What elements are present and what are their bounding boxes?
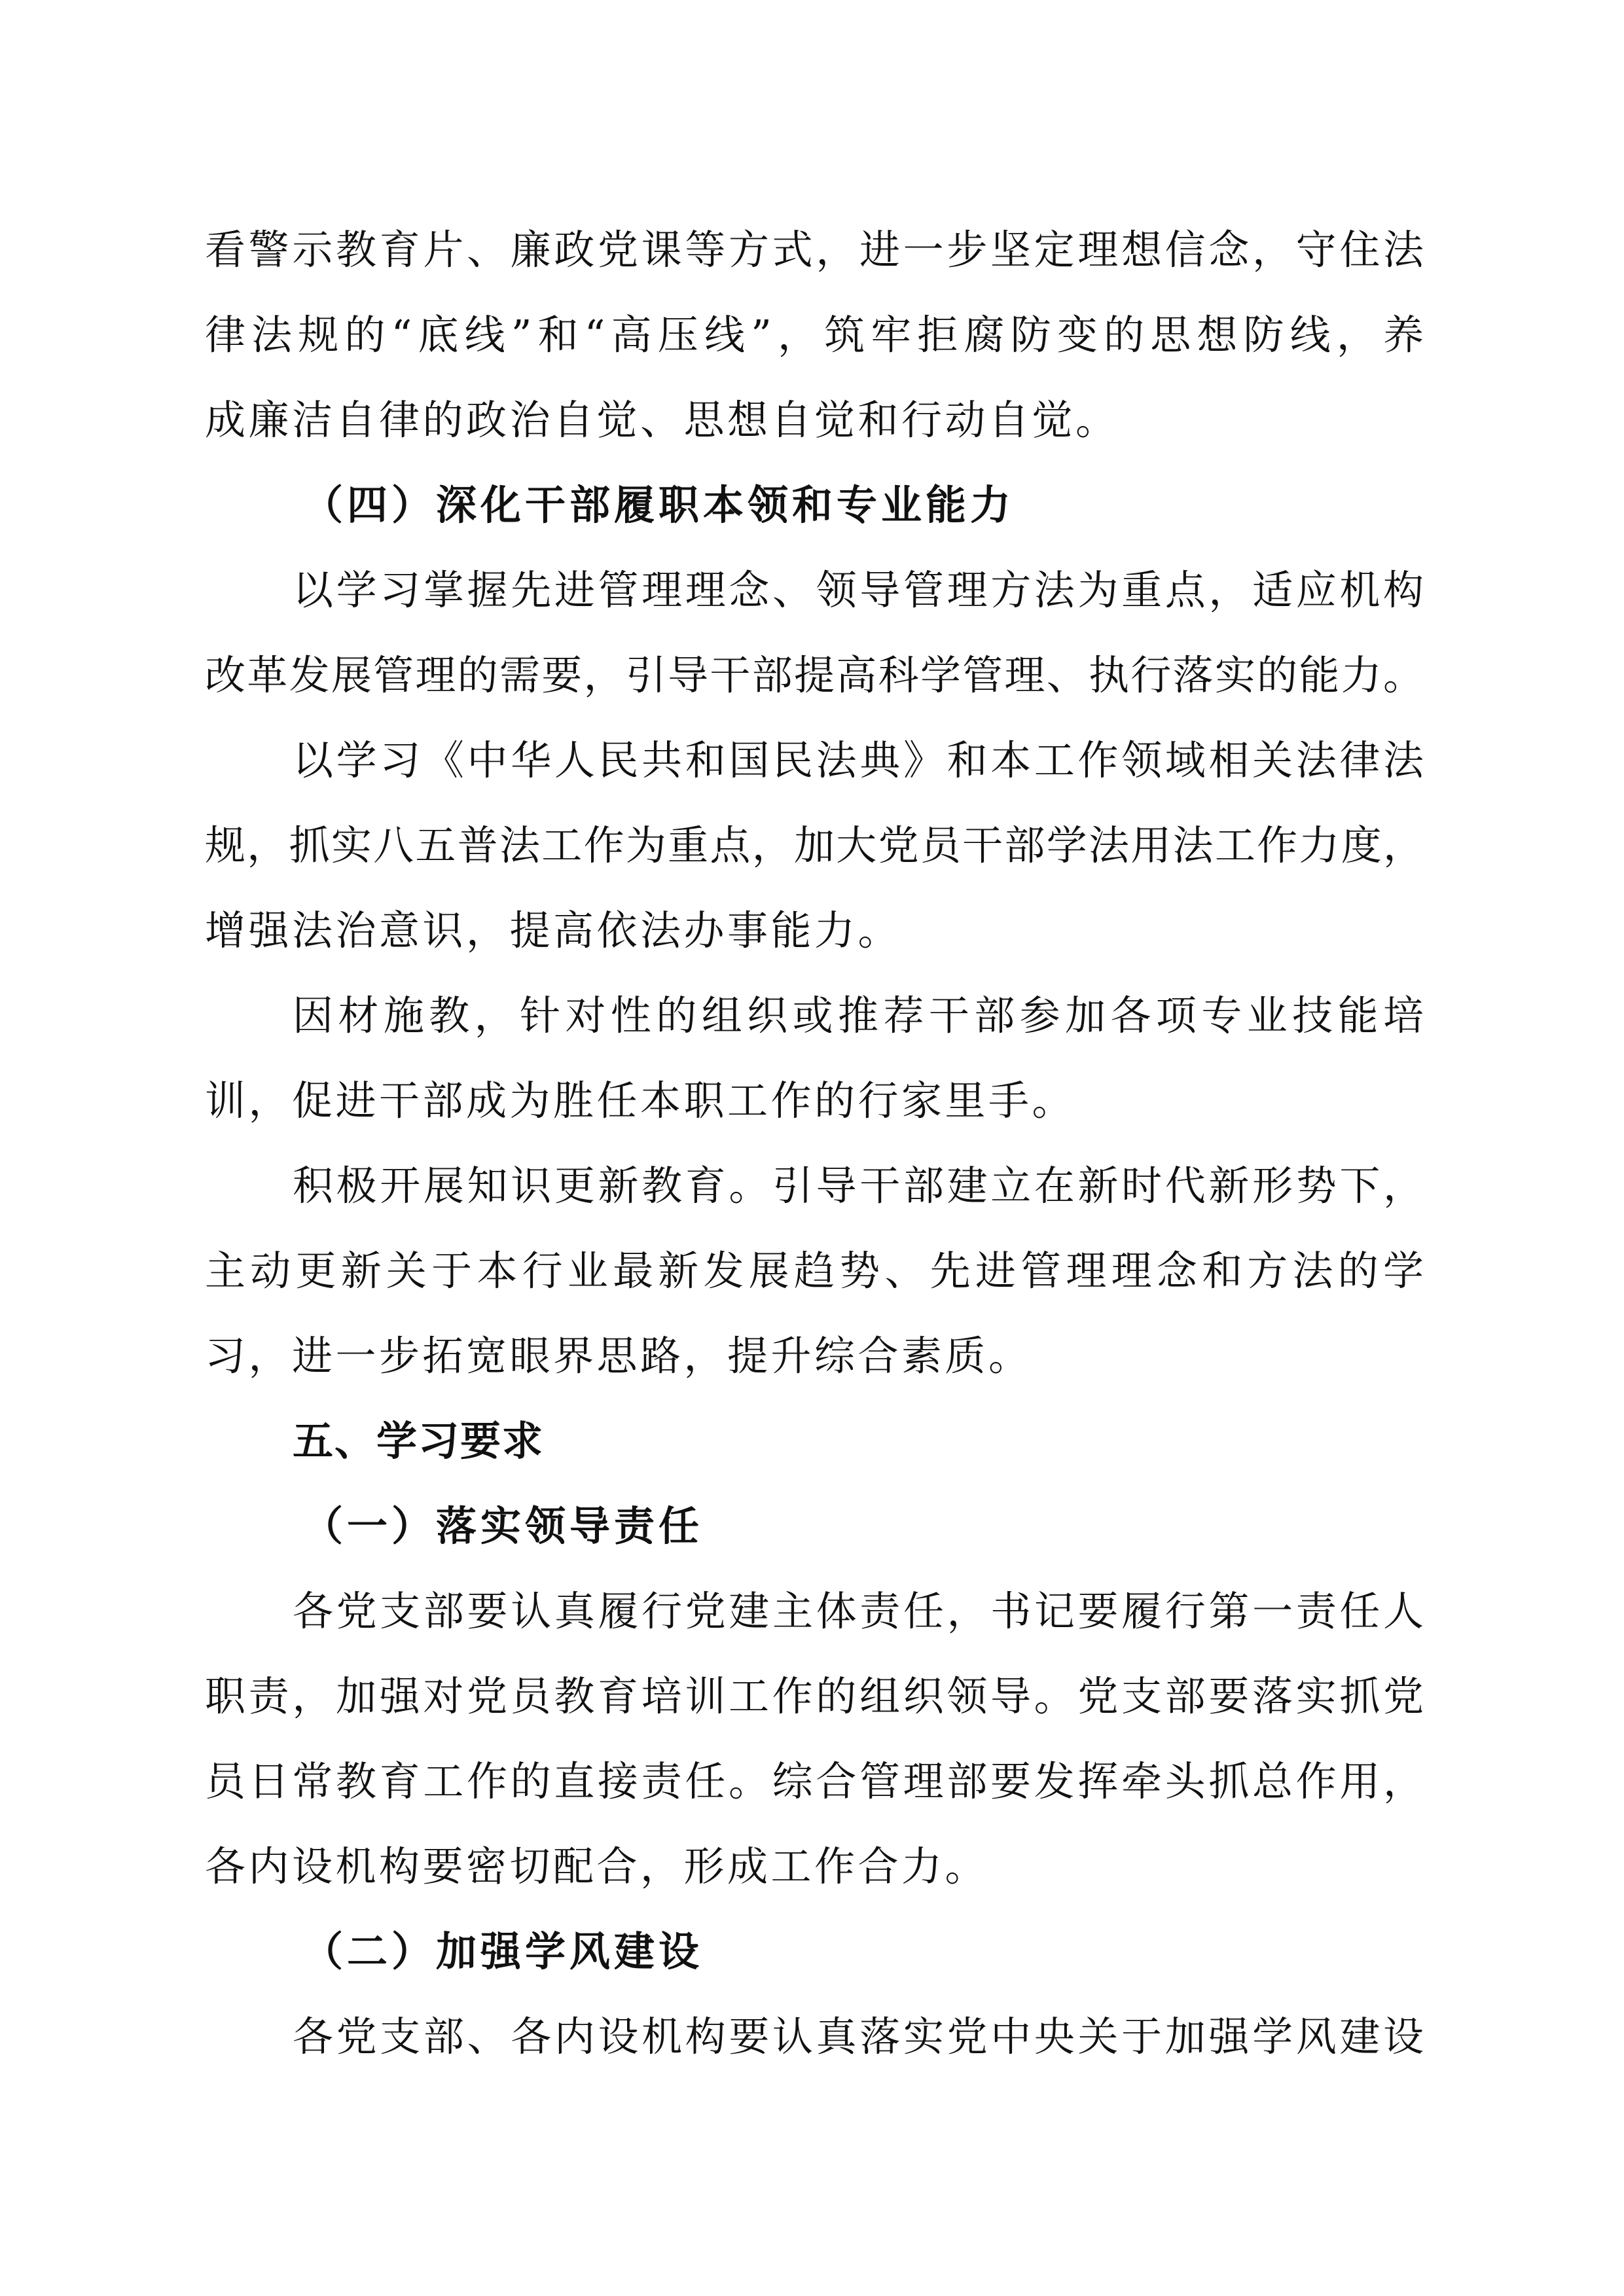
body-line: 职责，加强对党员教育培训工作的组织领导。党支部要落实抓党: [205, 1670, 1424, 1723]
body-line: 员日常教育工作的直接责任。综合管理部要发挥牵头抓总作用，: [205, 1755, 1424, 1808]
body-line: 各内设机构要密切配合，形成工作合力。: [205, 1840, 988, 1893]
body-line: 主动更新关于本行业最新发展趋势、先进管理理念和方法的学: [205, 1245, 1424, 1297]
body-line: 训，促进干部成为胜任本职工作的行家里手。: [205, 1075, 1075, 1127]
body-line: 成廉洁自律的政治自觉、思想自觉和行动自觉。: [205, 394, 1119, 446]
body-line: 以学习掌握先进管理理念、领导管理方法为重点，适应机构: [293, 564, 1424, 617]
body-line: 习，进一步拓宽眼界思路，提升综合素质。: [205, 1330, 1032, 1382]
body-line: 以学习《中华人民共和国民法典》和本工作领域相关法律法: [293, 734, 1424, 787]
body-line: 各党支部、各内设机构要认真落实党中央关于加强学风建设: [293, 2011, 1424, 2063]
body-line: 看警示教育片、廉政党课等方式，进一步坚定理想信念，守住法: [205, 224, 1424, 276]
body-line: 规，抓实八五普法工作为重点，加大党员干部学法用法工作力度，: [205, 819, 1424, 872]
section-heading-five: 五、学习要求: [293, 1415, 544, 1467]
body-line: 各党支部要认真履行党建主体责任，书记要履行第一责任人: [293, 1585, 1424, 1638]
body-line: 律法规的“底线”和“高压线”，筑牢拒腐防变的思想防线，养: [205, 309, 1424, 361]
body-line: 增强法治意识，提高依法办事能力。: [205, 905, 901, 957]
subheading-one: （一）落实领导责任: [302, 1500, 703, 1552]
subheading-four: （四）深化干部履职本领和专业能力: [302, 479, 1015, 531]
body-line: 积极开展知识更新教育。引导干部建立在新时代新形势下，: [293, 1160, 1424, 1212]
subheading-two: （二）加强学风建设: [302, 1926, 703, 1978]
body-line: 改革发展管理的需要，引导干部提高科学管理、执行落实的能力。: [205, 649, 1424, 702]
body-line: 因材施教，针对性的组织或推荐干部参加各项专业技能培: [293, 990, 1424, 1042]
document-page: 看警示教育片、廉政党课等方式，进一步坚定理想信念，守住法 律法规的“底线”和“高…: [0, 0, 1624, 2296]
